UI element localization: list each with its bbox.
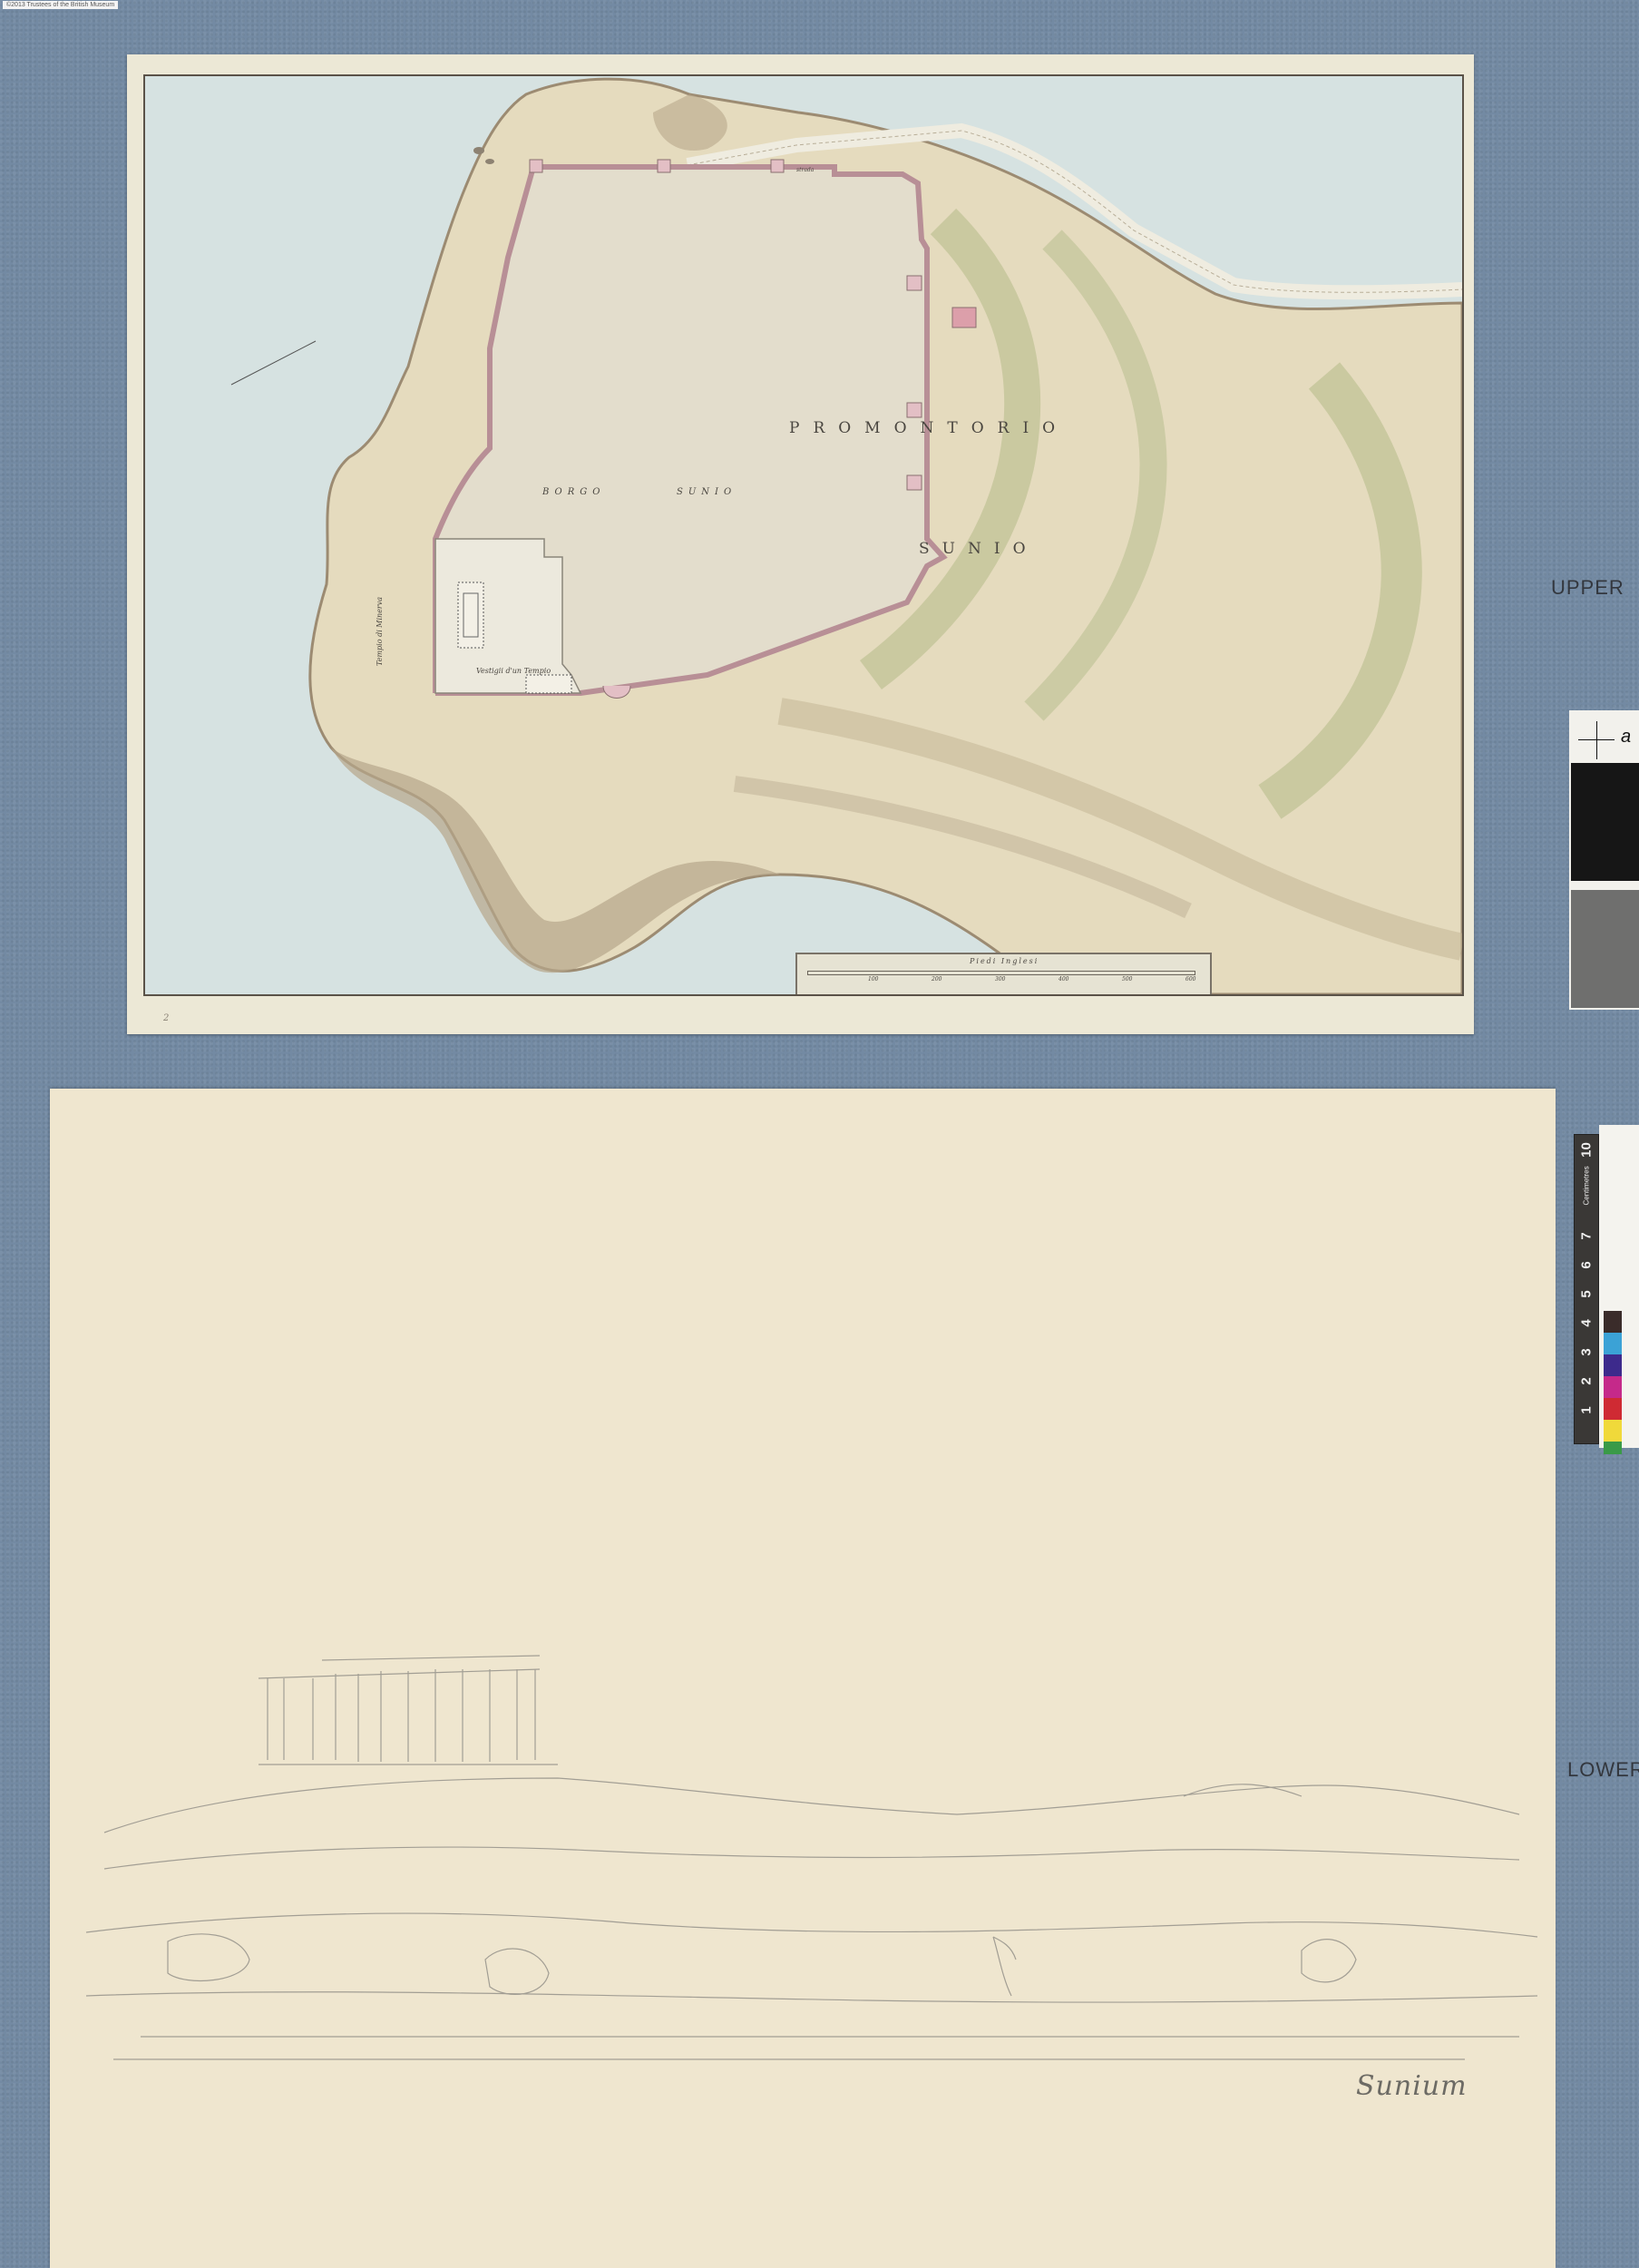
grey-patch xyxy=(1571,890,1639,1008)
mount-note-lower: LOWER xyxy=(1567,1758,1639,1782)
colour-swatch xyxy=(1604,1376,1622,1398)
black-patch xyxy=(1571,763,1639,881)
label-sunio-large: SUNIO xyxy=(919,540,1039,558)
colour-swatch xyxy=(1604,1420,1622,1442)
colour-swatch xyxy=(1604,1442,1622,1454)
crosshair-icon xyxy=(1596,721,1597,759)
label-tempio-minerva: Tempio di Minerva xyxy=(376,597,384,666)
colour-swatch xyxy=(1604,1354,1622,1376)
scale-tick: 500 xyxy=(1122,976,1132,982)
ruler-number: 10 xyxy=(1579,1141,1595,1159)
ruler-number: 4 xyxy=(1579,1315,1595,1333)
drawing-inscription: Sunium xyxy=(1356,2070,1468,2102)
target-letter: a xyxy=(1621,727,1631,748)
scale-tick: 300 xyxy=(995,976,1005,982)
ruler-number: 2 xyxy=(1579,1373,1595,1391)
label-promontorio: PROMONTORIO xyxy=(789,419,1068,437)
ruler-number: 1 xyxy=(1579,1402,1595,1420)
scale-bar-box: Piedi Inglesi 100 200 300 400 500 600 xyxy=(795,953,1212,996)
ruler-number: 7 xyxy=(1579,1227,1595,1246)
lower-sheet-drawing: Sunium xyxy=(50,1089,1556,2268)
ruler-number: 3 xyxy=(1579,1344,1595,1362)
colour-swatch xyxy=(1604,1333,1622,1354)
ruler-number: 6 xyxy=(1579,1256,1595,1275)
map-frame: PROMONTORIO SUNIO BORGO SUNIO Tempio di … xyxy=(143,74,1464,996)
label-road: strada xyxy=(796,167,814,173)
colour-swatch xyxy=(1604,1311,1622,1333)
scale-tick: 400 xyxy=(1059,976,1068,982)
grey-scale-target: a xyxy=(1569,710,1639,1010)
upper-sheet-map: PROMONTORIO SUNIO BORGO SUNIO Tempio di … xyxy=(127,54,1474,1034)
colour-swatch xyxy=(1604,1398,1622,1420)
sheet-number: 2 xyxy=(163,1013,169,1023)
ruler-unit: Centimetres xyxy=(1583,1160,1591,1206)
mount-note-upper: UPPER xyxy=(1551,576,1624,600)
scale-tick: 200 xyxy=(932,976,941,982)
label-borgo: BORGO xyxy=(542,487,605,497)
scale-tick: 100 xyxy=(868,976,878,982)
scale-title: Piedi Inglesi xyxy=(970,957,1039,965)
temple-landscape-sketch xyxy=(50,1089,1556,2268)
scale-tick: 600 xyxy=(1185,976,1195,982)
map-illustration xyxy=(145,76,1462,994)
label-vestigi-tempio: Vestigii d'un Tempio xyxy=(476,667,551,675)
scale-bar xyxy=(807,971,1195,975)
label-sunio-small: SUNIO xyxy=(677,487,737,497)
copyright-notice: ©2013 Trustees of the British Museum xyxy=(3,1,118,9)
centimetre-ruler: 10 Centimetres 7 6 5 4 3 2 1 xyxy=(1574,1134,1599,1444)
ruler-number: 5 xyxy=(1579,1286,1595,1304)
